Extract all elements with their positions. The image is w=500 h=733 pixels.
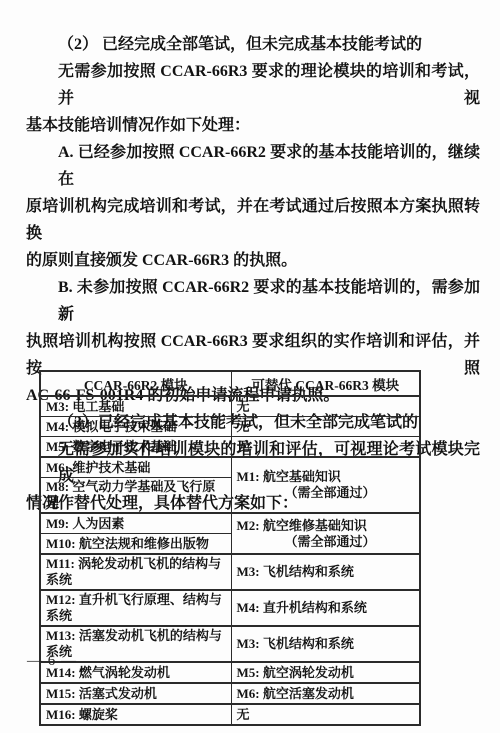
table-cell-module: M9: 人为因素 <box>40 513 231 534</box>
table-row-m16: M16: 螺旋桨 无 <box>40 704 420 725</box>
replacement-module-note: （需全部通过） <box>237 485 416 501</box>
body-text-line: A. 已经参加按照 CCAR-66R2 要求的基本技能培训的，继续在 <box>26 139 480 193</box>
table-row-m13: M13: 活塞发动机飞机的结构与系统 M3: 飞机结构和系统 <box>40 626 420 662</box>
table-row-m5: M5: 数字电子技术基础 无 <box>40 437 420 458</box>
table-cell-replacement-merged: M2: 航空维修基础知识 （需全部通过） <box>231 513 420 554</box>
table-cell-module: M15: 活塞式发动机 <box>40 683 231 704</box>
table-cell-replacement: 无 <box>231 396 420 417</box>
table-row-m9: M9: 人为因素 M2: 航空维修基础知识 （需全部通过） <box>40 513 420 534</box>
table-cell-module: M3: 电工基础 <box>40 396 231 417</box>
table-cell-replacement: M3: 飞机结构和系统 <box>231 626 420 662</box>
table-row-m15: M15: 活塞式发动机 M6: 航空活塞发动机 <box>40 683 420 704</box>
table-cell-module: M8: 空气动力学基础及飞行原理 <box>40 478 231 514</box>
table-cell-replacement: M4: 直升机结构和系统 <box>231 590 420 626</box>
table-cell-module: M4: 模拟电子技术基础 <box>40 417 231 437</box>
table-cell-module: M5: 数字电子技术基础 <box>40 437 231 458</box>
table-cell-replacement: M3: 飞机结构和系统 <box>231 554 420 590</box>
body-text-line: 无需参加按照 CCAR-66R3 要求的理论模块的培训和考试，并视 <box>26 58 480 112</box>
table-cell-replacement: 无 <box>231 437 420 458</box>
replacement-module-note: （需全部通过） <box>237 534 416 550</box>
paragraph-option-a: A. 已经参加按照 CCAR-66R2 要求的基本技能培训的，继续在 原培训机构… <box>26 139 480 274</box>
table-header-ccar66r2: CCAR-66R2 模块 <box>40 371 231 396</box>
body-text-line: B. 未参加按照 CCAR-66R2 要求的基本技能培训的，需参加新 <box>26 274 480 328</box>
table-header-ccar66r3: 可替代 CCAR-66R3 模块 <box>231 371 420 396</box>
table-cell-module: M11: 涡轮发动机飞机的结构与系统 <box>40 554 231 590</box>
table-cell-replacement: M5: 航空涡轮发动机 <box>231 662 420 683</box>
replacement-module-label: M1: 航空基础知识 <box>237 469 416 485</box>
paragraph-item-2: （2） 已经完成全部笔试，但未完成基本技能考试的 <box>26 31 480 58</box>
body-text-line: 的原则直接颁发 CCAR-66R3 的执照。 <box>26 247 480 274</box>
body-text-line: 原培训机构完成培训和考试，并在考试通过后按照本方案执照转换 <box>26 193 480 247</box>
table-cell-module: M12: 直升机飞行原理、结构与系统 <box>40 590 231 626</box>
table-cell-replacement-merged: M1: 航空基础知识 （需全部通过） <box>231 457 420 513</box>
table-row-m11: M11: 涡轮发动机飞机的结构与系统 M3: 飞机结构和系统 <box>40 554 420 590</box>
table-row-m14: M14: 燃气涡轮发动机 M5: 航空涡轮发动机 <box>40 662 420 683</box>
table-row-m6: M6: 维护技术基础 M1: 航空基础知识 （需全部通过） <box>40 457 420 478</box>
paragraph-item-2-intro: 无需参加按照 CCAR-66R3 要求的理论模块的培训和考试，并视 基本技能培训… <box>26 58 480 139</box>
document-page: （2） 已经完成全部笔试，但未完成基本技能考试的 无需参加按照 CCAR-66R… <box>0 0 500 733</box>
table-cell-replacement: 无 <box>231 704 420 725</box>
table-row-m12: M12: 直升机飞行原理、结构与系统 M4: 直升机结构和系统 <box>40 590 420 626</box>
module-mapping-table: CCAR-66R2 模块 可替代 CCAR-66R3 模块 M3: 电工基础 无… <box>39 370 421 726</box>
table-row-m3: M3: 电工基础 无 <box>40 396 420 417</box>
table-row-m4: M4: 模拟电子技术基础 无 <box>40 417 420 437</box>
table-cell-replacement: M6: 航空活塞发动机 <box>231 683 420 704</box>
body-text-line: （2） 已经完成全部笔试，但未完成基本技能考试的 <box>26 31 480 58</box>
table-cell-module: M10: 航空法规和维修出版物 <box>40 534 231 555</box>
replacement-module-label: M2: 航空维修基础知识 <box>237 518 416 534</box>
body-text-line: 基本技能培训情况作如下处理： <box>26 112 480 139</box>
table-header-row: CCAR-66R2 模块 可替代 CCAR-66R3 模块 <box>40 371 420 396</box>
table-cell-module: M16: 螺旋桨 <box>40 704 231 725</box>
table-cell-replacement: 无 <box>231 417 420 437</box>
page-number: — 6 — <box>27 653 77 670</box>
table-cell-module: M6: 维护技术基础 <box>40 457 231 478</box>
